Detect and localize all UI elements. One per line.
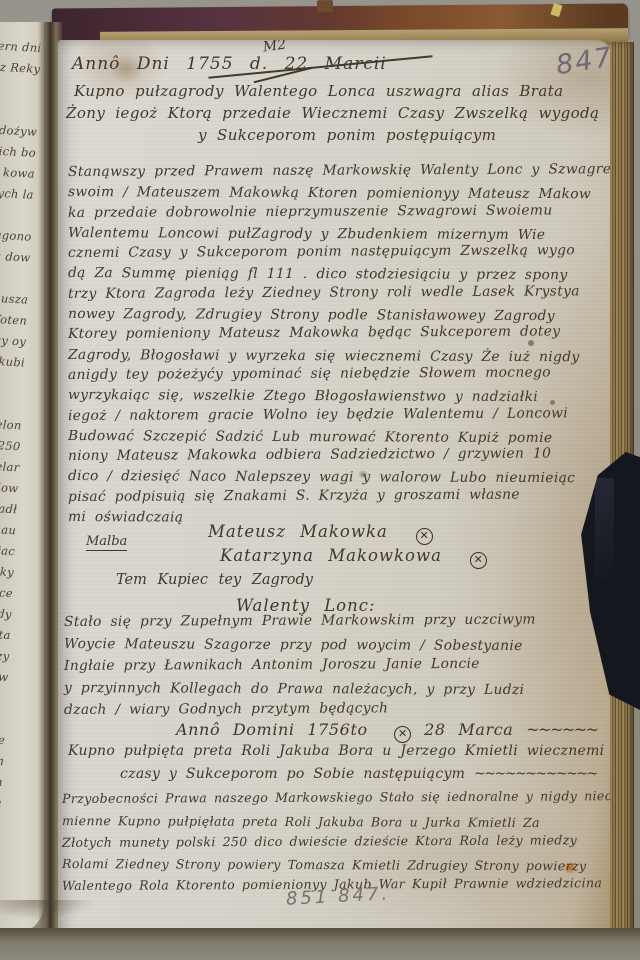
manuscript-line: Ingłaie przy Ławnikach Antonim Joroszu J… [64, 652, 604, 677]
manuscript-line: pisać podpisuią się Znakami S. Krzyża y … [68, 484, 608, 507]
entry1-title-line3: y Sukceporom ponim postępuiącym [198, 126, 496, 144]
signature-cross-icon: ✕ [416, 528, 433, 545]
flourish: ~~~~~~ [526, 720, 597, 739]
manuscript-line: Przyobecności Prawa naszego Markowskiego… [62, 785, 610, 810]
manuscript-line: Ktorey pomieniony Mateusz Makowka będąc … [68, 322, 608, 345]
manuscript-line: cznemi Czasy y Sukceporom ponim następui… [68, 240, 608, 263]
flourish: ~~~~~~~~~~~~ [474, 766, 597, 782]
date-year: 1755 [186, 54, 233, 74]
entry2-title-text: czasy y Sukceporom po Sobie następuiącym [120, 766, 465, 782]
table-background-bottom [0, 928, 640, 960]
manuscript-line: iegoż / naktorem gracie Wolno iey będzie… [68, 403, 608, 426]
margin-note: Malba [86, 534, 127, 551]
witnesses-paragraph: Stało się przy Zupełnym Prawie Markowski… [64, 611, 604, 721]
date-prefix: Annô Dni [72, 54, 170, 74]
date-day: 28 Marca [424, 720, 513, 739]
date-mark-icon: ✕ [394, 726, 411, 743]
signature-row: Katarzyna Makowkowa ✕ [220, 546, 487, 569]
entry2-title-line2: czasy y Sukceporom po Sobie następuiącym… [120, 766, 597, 782]
buyer-line: Tem Kupiec tey Zagrody [116, 572, 313, 588]
manuscript-line: anigdy tey pożeżyćy ypominać się niebędz… [68, 362, 608, 385]
left-page-text-fragments: etern dniz Rekych dożywgich boocia kowat… [0, 32, 42, 814]
manuscript-line: trzy Ktora Zagroda leży Ziedney Strony r… [68, 281, 608, 304]
manuscript-line: etern dni [0, 32, 42, 59]
entry2-title-line1: Kupno pułpięta preta Roli Jakuba Bora u … [68, 743, 604, 759]
manuscript-line: Złotych munety polski 250 dico dwieście … [62, 829, 610, 854]
manuscript-page: 847 Annô Dni 1755 d. 22 Marcii M2 Kupno … [58, 40, 612, 932]
entry1-body-paragraph: Stanąwszy przed Prawem naszę Markowskię … [68, 162, 608, 527]
entry2-body-paragraph: Przyobecności Prawa naszego Markowskiego… [62, 788, 610, 897]
manuscript-line: niony Mateusz Makowka odbiera Sadziedzic… [68, 443, 608, 466]
manuscript-line: dzach / wiary Godnych przytym będących [64, 696, 604, 721]
manuscript-line: Stanąwszy przed Prawem naszę Markowskię … [68, 159, 608, 182]
manuscript-line: Stało się przy Zupełnym Prawie Markowski… [64, 608, 604, 633]
date-text: Annô Domini 1756to [176, 720, 368, 739]
entry1-title-line1: Kupno pułzagrody Walentego Lonca uszwagr… [74, 82, 563, 100]
signature-name: Mateusz Makowka [208, 522, 388, 541]
signature-row: Mateusz Makowka ✕ [208, 522, 433, 545]
signature-cross-icon: ✕ [470, 552, 487, 569]
manuscript-photo: etern dniz Rekych dożywgich boocia kowat… [0, 0, 640, 960]
signature-name: Katarzyna Makowkowa [220, 546, 442, 565]
entry1-title-line2: Żony iegoż Ktorą przedaie Wiecznemi Czas… [66, 104, 599, 122]
manuscript-line: ka przedaie dobrowolnie nieprzymuszenie … [68, 200, 608, 223]
entry2-date-line: Annô Domini 1756to ✕ 28 Marca ~~~~~~ [176, 720, 598, 743]
